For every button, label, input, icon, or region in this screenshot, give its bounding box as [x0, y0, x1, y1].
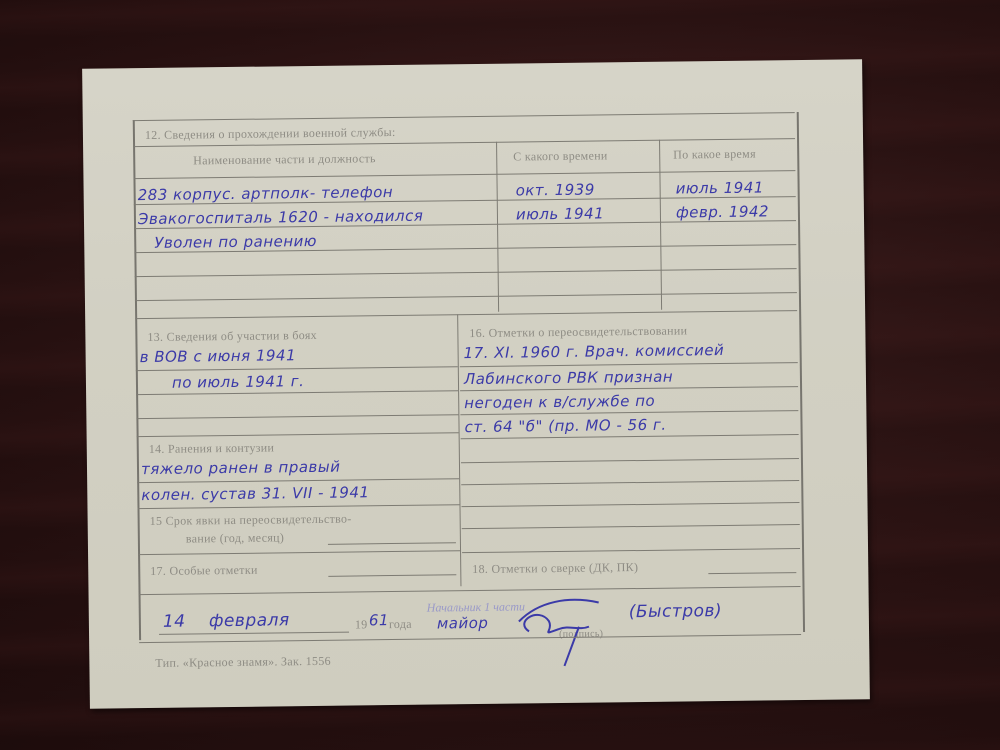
section-13-title: 13. Сведения об участии в боях — [147, 328, 317, 345]
signer-name: (Быстров) — [629, 601, 723, 622]
signer-rank: майор — [437, 614, 489, 633]
year-word: года — [389, 617, 412, 632]
section-16-title: 16. Отметки о переосвидетельствовании — [469, 323, 687, 341]
year-suffix: 61 — [369, 611, 389, 629]
signature-scribble — [509, 590, 630, 671]
service-to-row-2: февр. 1942 — [676, 202, 769, 221]
date-day: 14 — [163, 612, 186, 632]
recert-line-4: ст. 64 "б" (пр. МО - 56 г. — [464, 416, 666, 436]
column-header-from: С какого времени — [513, 148, 608, 164]
column-header-unit: Наименование части и должность — [193, 151, 376, 168]
recert-line-1: 17. XI. 1960 г. Врач. комиссией — [464, 341, 725, 362]
battles-line-1: в ВОВ с июня 1941 — [140, 346, 297, 366]
section-15-title-1: 15 Срок явки на переосвидетельство- — [150, 512, 352, 529]
service-unit-row-1: 283 корпус. артполк- телефон — [138, 183, 394, 204]
wounds-line-2: колен. сустав 31. VII - 1941 — [141, 483, 369, 504]
service-unit-row-3: Уволен по ранению — [154, 232, 317, 252]
service-record-card: 12. Сведения о прохождении военной служб… — [82, 59, 870, 708]
printer-imprint: Тип. «Красное знамя». Зак. 1556 — [155, 654, 331, 671]
date-month: февраля — [209, 610, 290, 631]
section-12-title: 12. Сведения о прохождении военной служб… — [145, 125, 396, 143]
service-from-row-2: июль 1941 — [516, 204, 604, 223]
recert-line-2: Лабинского РВК признан — [464, 368, 673, 389]
wounds-line-1: тяжело ранен в правый — [141, 458, 341, 478]
section-14-title: 14. Ранения и контузии — [149, 440, 275, 457]
year-prefix: 19 — [355, 617, 368, 632]
service-from-row-1: окт. 1939 — [516, 181, 595, 200]
section-18-title: 18. Отметки о сверке (ДК, ПК) — [472, 560, 638, 577]
column-header-to: По какое время — [673, 147, 756, 163]
section-17-title: 17. Особые отметки — [150, 563, 258, 579]
service-to-row-1: июль 1941 — [676, 178, 764, 197]
section-15-title-2: вание (год, месяц) — [186, 530, 284, 546]
service-unit-row-2: Эвакогоспиталь 1620 - находился — [138, 207, 424, 228]
recert-line-3: негоден к в/службе по — [464, 392, 655, 412]
battles-line-2: по июль 1941 г. — [172, 372, 305, 392]
